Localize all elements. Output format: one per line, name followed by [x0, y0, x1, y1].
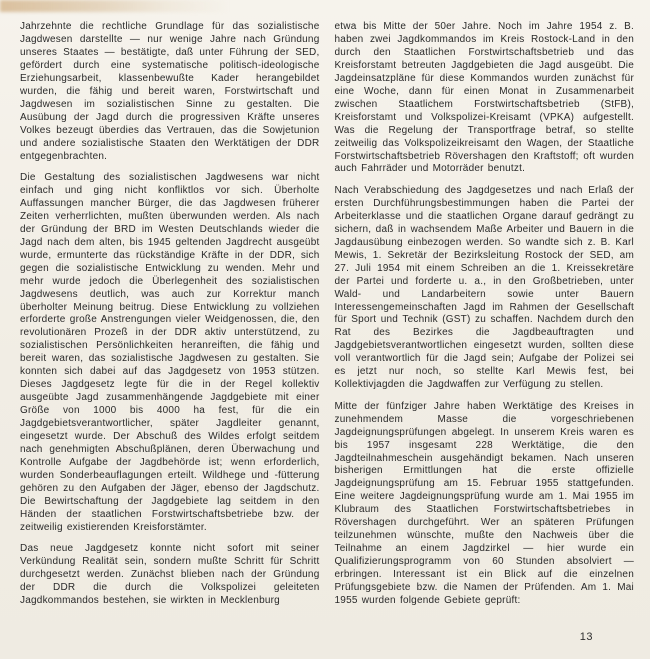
- right-column: etwa bis Mitte der 50er Jahre. Noch im J…: [335, 21, 635, 616]
- document-page: Jahrzehnte die rechtliche Grundlage für …: [0, 0, 650, 659]
- paragraph: Mitte der fünfziger Jahre haben Werktäti…: [335, 401, 635, 608]
- page-number: 13: [580, 631, 593, 643]
- left-column: Jahrzehnte die rechtliche Grundlage für …: [20, 21, 320, 616]
- paragraph: Das neue Jagdgesetz konnte nicht sofort …: [20, 543, 320, 608]
- paragraph: etwa bis Mitte der 50er Jahre. Noch im J…: [335, 21, 635, 176]
- text-columns: Jahrzehnte die rechtliche Grundlage für …: [0, 0, 650, 616]
- paragraph: Jahrzehnte die rechtliche Grundlage für …: [20, 21, 320, 163]
- paragraph: Nach Verabschiedung des Jagdgesetzes und…: [335, 185, 635, 392]
- paragraph: Die Gestaltung des sozialistischen Jagdw…: [20, 172, 320, 535]
